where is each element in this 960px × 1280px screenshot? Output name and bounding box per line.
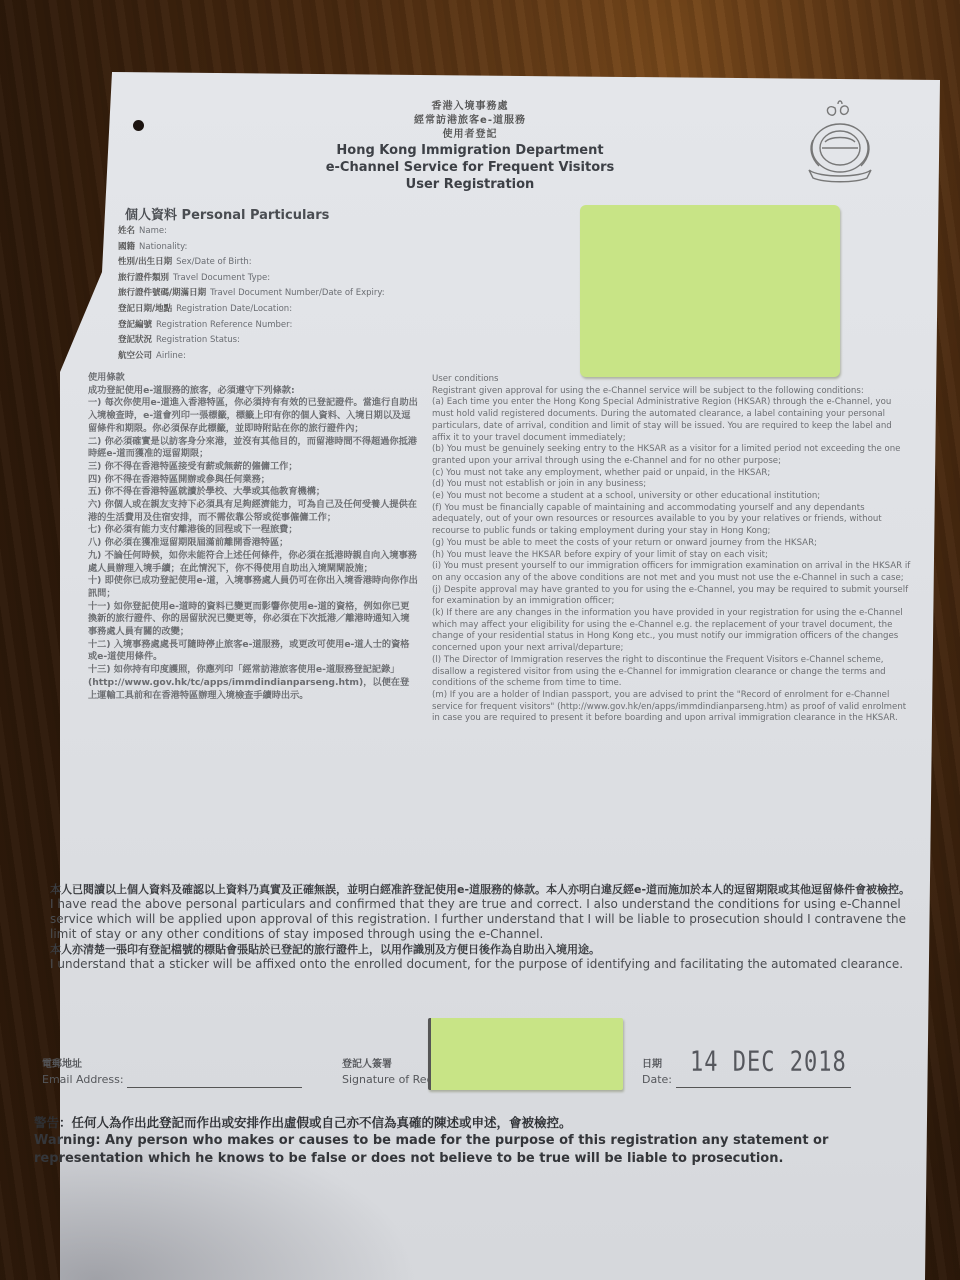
- condition-en-item: (h) You must leave the HKSAR before expi…: [432, 550, 912, 562]
- condition-zh-item: 九) 不論任何時候，如你未能符合上述任何條件，你必須在抵港時親自向入境事務處人員…: [88, 550, 418, 575]
- header-en-line-1: Hong Kong Immigration Department: [290, 142, 650, 159]
- condition-zh-item: 二) 你必須確實是以訪客身分來港，並沒有其他目的，而留港時間不得超過你抵港時經e…: [88, 436, 418, 461]
- email-field-group: 電郵地址 Email Address:: [42, 1058, 302, 1088]
- field-airline: 航空公司Airline:: [118, 349, 385, 365]
- warning-en: Warning: Any person who makes or causes …: [34, 1132, 914, 1168]
- condition-zh-item: 十) 即使你已成功登記使用e-道，入境事務處人員仍可在你出入境香港時向你作出訊問…: [88, 575, 418, 600]
- condition-en-item: (d) You must not establish or join in an…: [432, 479, 912, 491]
- conditions-zh-column: 使用條款 成功登記使用e-道服務的旅客，必須遵守下列條款: 一) 每次你使用e-…: [88, 372, 418, 702]
- header-zh-line-2: 經常訪港旅客e-道服務: [290, 114, 650, 128]
- field-sex-dob: 性別/出生日期Sex/Date of Birth:: [118, 255, 385, 271]
- condition-en-item: (a) Each time you enter the Hong Kong Sp…: [432, 397, 912, 444]
- field-reg-ref: 登記編號Registration Reference Number:: [118, 318, 385, 334]
- condition-zh-item: 三) 你不得在香港特區接受有薪或無薪的僱傭工作；: [88, 461, 418, 474]
- personal-fields: 姓名Name: 國籍Nationality: 性別/出生日期Sex/Date o…: [118, 224, 385, 364]
- redaction-sticky-note-signature: [428, 1018, 623, 1090]
- redaction-sticky-note-top: [580, 205, 840, 377]
- field-doc-number: 旅行證件號碼/期滿日期Travel Document Number/Date o…: [118, 286, 385, 302]
- field-nationality: 國籍Nationality:: [118, 240, 385, 256]
- condition-en-item: (c) You must not take any employment, wh…: [432, 468, 912, 480]
- emblem-icon: [795, 100, 885, 190]
- field-doc-type: 旅行證件類別Travel Document Type:: [118, 271, 385, 287]
- condition-zh-item: 五) 你不得在香港特區就讀於學校、大學或其他教育機構；: [88, 486, 418, 499]
- header-en-line-2: e-Channel Service for Frequent Visitors: [290, 159, 650, 176]
- conditions-en-column: User conditions Registrant given approva…: [432, 374, 912, 725]
- field-reg-date: 登記日期/地點Registration Date/Location:: [118, 302, 385, 318]
- condition-en-item: (f) You must be financially capable of m…: [432, 503, 912, 538]
- condition-en-item: (e) You must not become a student at a s…: [432, 491, 912, 503]
- header-en-line-3: User Registration: [290, 176, 650, 193]
- declaration-zh-1: 本人已閱讀以上個人資料及確認以上資料乃真實及正確無誤，並明白經准許登記使用e-道…: [50, 882, 920, 897]
- declaration: 本人已閱讀以上個人資料及確認以上資料乃真實及正確無誤，並明白經准許登記使用e-道…: [50, 882, 920, 972]
- date-stamp: 14 DEC 2018: [690, 1047, 847, 1078]
- condition-zh-item: 六) 你個人或在親友支持下必須具有足夠經濟能力，可為自己及任何受養人提供在港的生…: [88, 499, 418, 524]
- condition-zh-item: 七) 你必須有能力支付離港後的回程或下一程旅費；: [88, 524, 418, 537]
- header-zh-line-1: 香港入境事務處: [290, 100, 650, 114]
- date-label-en: Date:: [642, 1073, 672, 1086]
- email-label-en: Email Address:: [42, 1073, 124, 1086]
- condition-zh-item: 十二) 入境事務處處長可隨時停止旅客e-道服務，或更改可使用e-道人士的資格或e…: [88, 639, 418, 664]
- condition-zh-item: 十三) 如你持有印度護照，你應列印「經常訪港旅客使用e-道服務登記記錄」(htt…: [88, 664, 418, 702]
- header-zh-line-3: 使用者登記: [290, 128, 650, 142]
- conditions-en-intro: Registrant given approval for using the …: [432, 386, 912, 398]
- condition-zh-item: 十一) 如你登記使用e-道時的資料已變更而影響你使用e-道的資格，例如你已更換新…: [88, 601, 418, 639]
- personal-particulars-title: 個人資料 Personal Particulars: [125, 204, 329, 223]
- condition-en-item: (b) You must be genuinely seeking entry …: [432, 444, 912, 467]
- condition-en-item: (k) If there are any changes in the info…: [432, 608, 912, 655]
- punch-hole: [133, 120, 144, 131]
- title-zh: 個人資料: [125, 208, 177, 223]
- title-en: Personal Particulars: [182, 208, 330, 223]
- conditions-en-title: User conditions: [432, 374, 912, 386]
- declaration-en-1: I have read the above personal particula…: [50, 897, 920, 942]
- condition-en-item: (i) You must present yourself to our imm…: [432, 561, 912, 584]
- declaration-zh-2: 本人亦清楚一張印有登記檔號的標貼會張貼於已登記的旅行證件上，以用作識別及方便日後…: [50, 942, 920, 957]
- condition-zh-item: 四) 你不得在香港特區開辦或參與任何業務；: [88, 474, 418, 487]
- form-header: 香港入境事務處 經常訪港旅客e-道服務 使用者登記 Hong Kong Immi…: [290, 100, 650, 193]
- condition-zh-item: 八) 你必須在獲准逗留期限屆滿前離開香港特區；: [88, 537, 418, 550]
- condition-en-item: (j) Despite approval may have granted to…: [432, 585, 912, 608]
- field-reg-status: 登記狀況Registration Status:: [118, 333, 385, 349]
- warning-zh: 警告：任何人為作出此登記而作出或安排作出虛假或自己亦不信為真確的陳述或申述，會被…: [34, 1114, 914, 1132]
- conditions-zh-intro: 成功登記使用e-道服務的旅客，必須遵守下列條款:: [88, 385, 418, 398]
- date-field[interactable]: [676, 1077, 851, 1088]
- warning-notice: 警告：任何人為作出此登記而作出或安排作出虛假或自己亦不信為真確的陳述或申述，會被…: [34, 1114, 914, 1168]
- email-field[interactable]: [127, 1077, 302, 1088]
- declaration-en-2: I understand that a sticker will be affi…: [50, 957, 920, 972]
- conditions-zh-title: 使用條款: [88, 372, 418, 385]
- condition-en-item: (l) The Director of Immigration reserves…: [432, 655, 912, 690]
- field-name: 姓名Name:: [118, 224, 385, 240]
- condition-zh-item: 一) 每次你使用e-道進入香港特區，你必須持有有效的已登記證件。當進行自助出入境…: [88, 397, 418, 435]
- condition-en-item: (m) If you are a holder of Indian passpo…: [432, 690, 912, 725]
- email-label-zh: 電郵地址: [42, 1058, 302, 1072]
- condition-en-item: (g) You must be able to meet the costs o…: [432, 538, 912, 550]
